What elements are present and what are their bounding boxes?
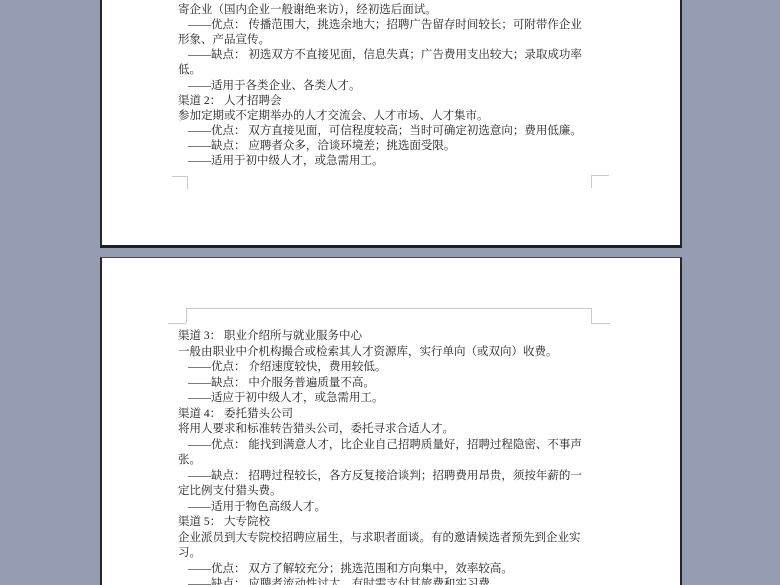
text-boundary-line [186, 308, 592, 309]
text-line: ——缺点： 中介服务普遍质量不高。 [188, 374, 375, 389]
text-line: ——优点： 能找到满意人才，比企业自己招聘质量好，招聘过程隐密、不事声 [188, 436, 582, 451]
text-line: 定比例支付猎头费。 [178, 482, 282, 497]
text-line: ——适用于物色高级人才。 [188, 498, 326, 513]
text-line: ——优点： 双方直接见面，可信程度较高；当时可确定初选意向；费用低廉。 [188, 122, 582, 137]
text-line: ——适用于各类企业、各类人才。 [188, 77, 361, 92]
text-line: 企业派员到大专院校招聘应届生，与求职者面谈。有的邀请候选者预先到企业实 [178, 529, 581, 544]
text-line: 渠道 5： 大专院校 [178, 513, 270, 528]
text-line: 寄企业（国内企业一般谢绝来访），经初选后面试。 [178, 1, 437, 16]
margin-crop-mark-top-right [591, 323, 610, 324]
text-line: ——优点： 双方了解较充分；挑选范围和方向集中，效率较高。 [188, 560, 513, 575]
page-1[interactable]: 寄企业（国内企业一般谢绝来访），经初选后面试。——优点： 传播范围大，挑选余地大… [100, 0, 682, 248]
text-line: 参加定期或不定期举办的人才交流会、人才市场、人才集市。 [178, 107, 489, 122]
document-canvas: 寄企业（国内企业一般谢绝来访），经初选后面试。——优点： 传播范围大，挑选余地大… [0, 0, 780, 585]
text-line: ——缺点： 招聘过程较长，各方反复接洽谈判；招聘费用昂贵，须按年薪的一 [188, 467, 582, 482]
margin-crop-mark-bottom-left [172, 176, 188, 177]
margin-crop-mark-bottom-right [591, 175, 609, 176]
text-line: 渠道 2： 人才招聘会 [178, 92, 282, 107]
margin-crop-mark-bottom-right [591, 175, 592, 188]
text-line: 张。 [178, 451, 201, 466]
margin-crop-mark-bottom-left [187, 176, 188, 189]
text-line: ——适应于初中级人才，或急需用工。 [188, 389, 384, 404]
text-line: 低。 [178, 61, 201, 76]
margin-crop-mark-top-left [168, 323, 186, 324]
text-line: 渠道 3： 职业介绍所与就业服务中心 [178, 327, 362, 342]
page-2[interactable]: 渠道 3： 职业介绍所与就业服务中心一般由职业中介机构撮合或检索其人才资源库，实… [100, 257, 682, 585]
margin-crop-mark-top-left [186, 308, 187, 323]
text-line: ——优点： 介绍速度较快，费用较低。 [188, 358, 386, 373]
text-line: 渠道 4： 委托猎头公司 [178, 405, 293, 420]
text-line: ——缺点： 应聘者流动性过大，有时需支付其旅费和实习费。 [188, 575, 501, 585]
text-line: ——缺点： 初选双方不直接见面，信息失真；广告费用支出较大；录取成功率 [188, 46, 582, 61]
margin-crop-mark-top-right [591, 308, 592, 323]
text-line: 习。 [178, 544, 201, 559]
text-line: ——优点： 传播范围大，挑选余地大；招聘广告留存时间较长；可附带作企业 [188, 16, 582, 31]
text-line: 形象、产品宣传。 [178, 31, 270, 46]
text-line: 一般由职业中介机构撮合或检索其人才资源库，实行单向（或双向）收费。 [178, 343, 558, 358]
text-line: 将用人要求和标准转告猎头公司，委托寻求合适人才。 [178, 420, 454, 435]
text-line: ——适用于初中级人才，或急需用工。 [188, 152, 384, 167]
text-line: ——缺点： 应聘者众多，洽谈环境差；挑选面受限。 [188, 137, 455, 152]
